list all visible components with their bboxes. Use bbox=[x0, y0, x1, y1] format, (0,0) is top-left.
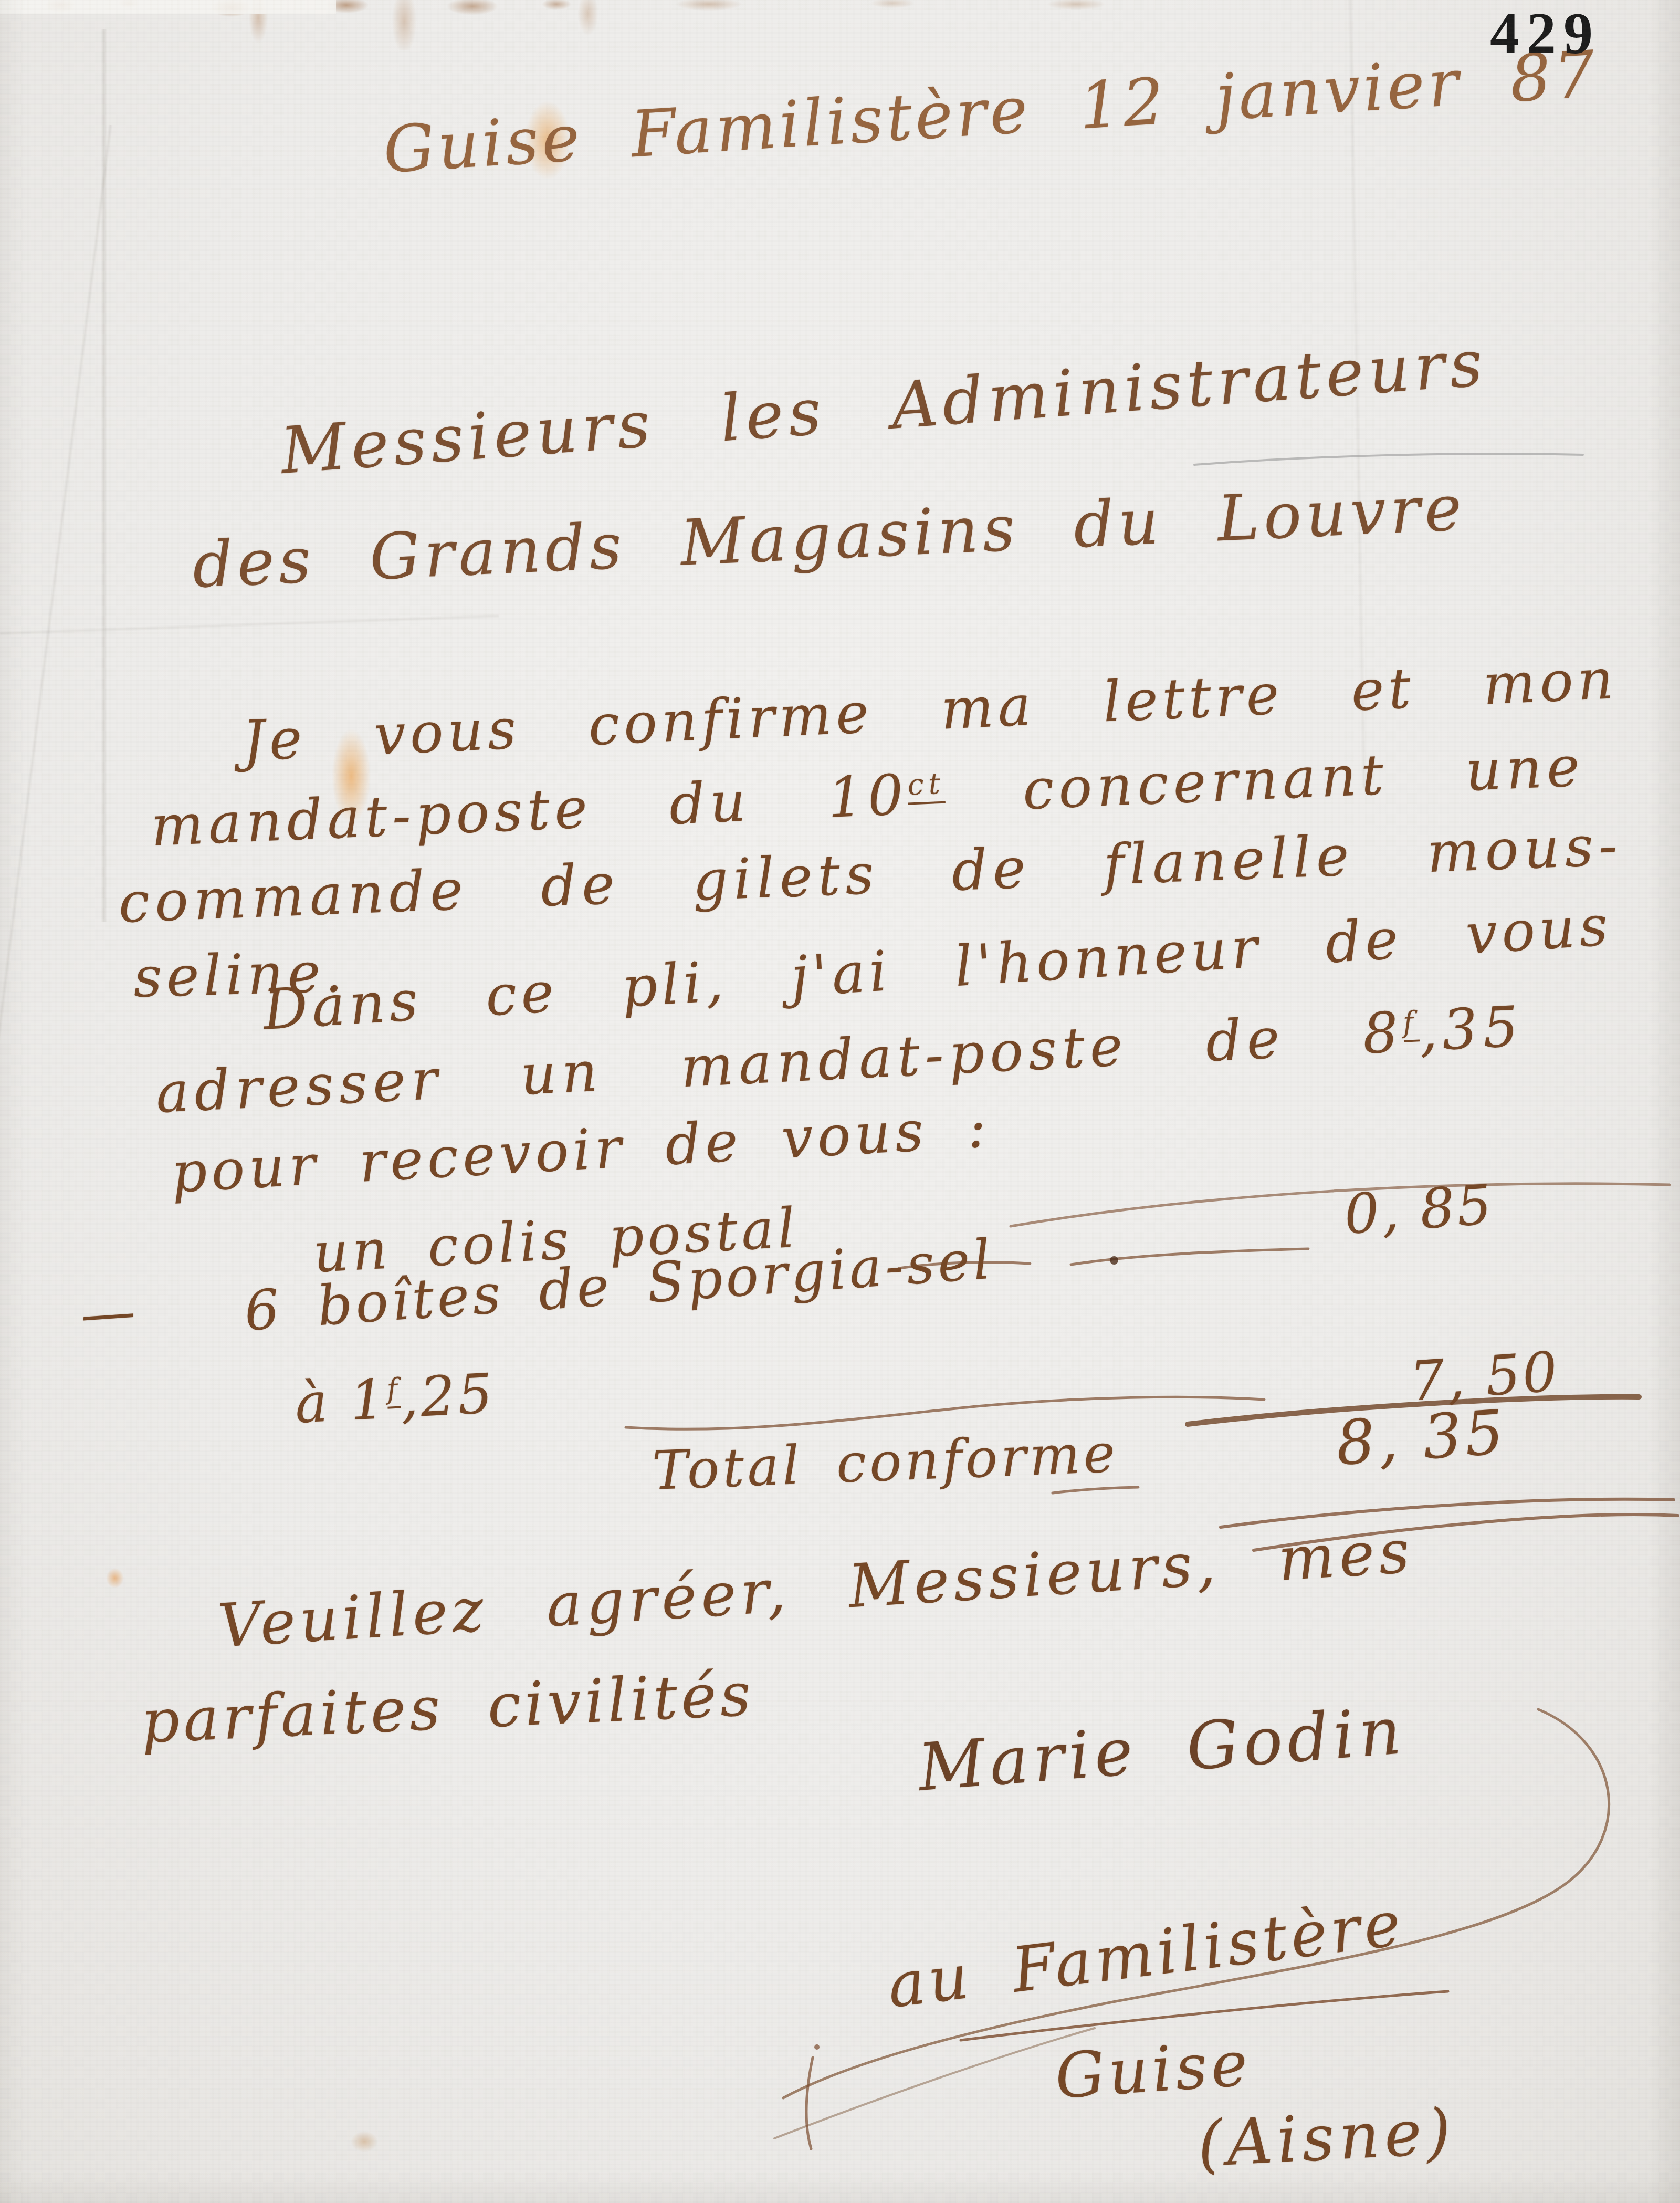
item-2-margin-dash: — bbox=[78, 1279, 137, 1346]
underline-amount-flourish bbox=[1011, 1184, 1669, 1226]
body-text: ,25 bbox=[399, 1361, 497, 1430]
item-3-label: à 1f,25 bbox=[293, 1361, 497, 1436]
stray-pen-stroke bbox=[806, 2058, 813, 2149]
diagonal-stroke bbox=[774, 2028, 1095, 2138]
letter-scan-page: 429 Guise Familistère 12 janvier 87 Mess… bbox=[0, 0, 1680, 2203]
dotted-leader bbox=[1071, 1249, 1308, 1265]
superscript-abbrev: ct bbox=[907, 766, 946, 805]
body-text: à 1 bbox=[293, 1367, 389, 1436]
stray-pen-dot bbox=[814, 2044, 820, 2050]
total-double-underline bbox=[1221, 1499, 1674, 1527]
dotted-leader bbox=[1053, 1487, 1138, 1493]
dotted-leader bbox=[626, 1397, 1264, 1429]
item-1-amount: 0, 85 bbox=[1342, 1172, 1495, 1247]
superscript-francs: f bbox=[1402, 1005, 1420, 1042]
address-line-3: (Aisne) bbox=[1196, 2095, 1457, 2181]
ink-blot bbox=[1110, 1256, 1118, 1265]
page-number-stamp: 429 bbox=[1490, 0, 1600, 68]
pencil-line bbox=[1194, 454, 1583, 465]
body-text: ,35 bbox=[1417, 994, 1525, 1064]
total-amount: 8, 35 bbox=[1334, 1397, 1509, 1479]
address-line-2: Guise bbox=[1053, 2027, 1253, 2113]
